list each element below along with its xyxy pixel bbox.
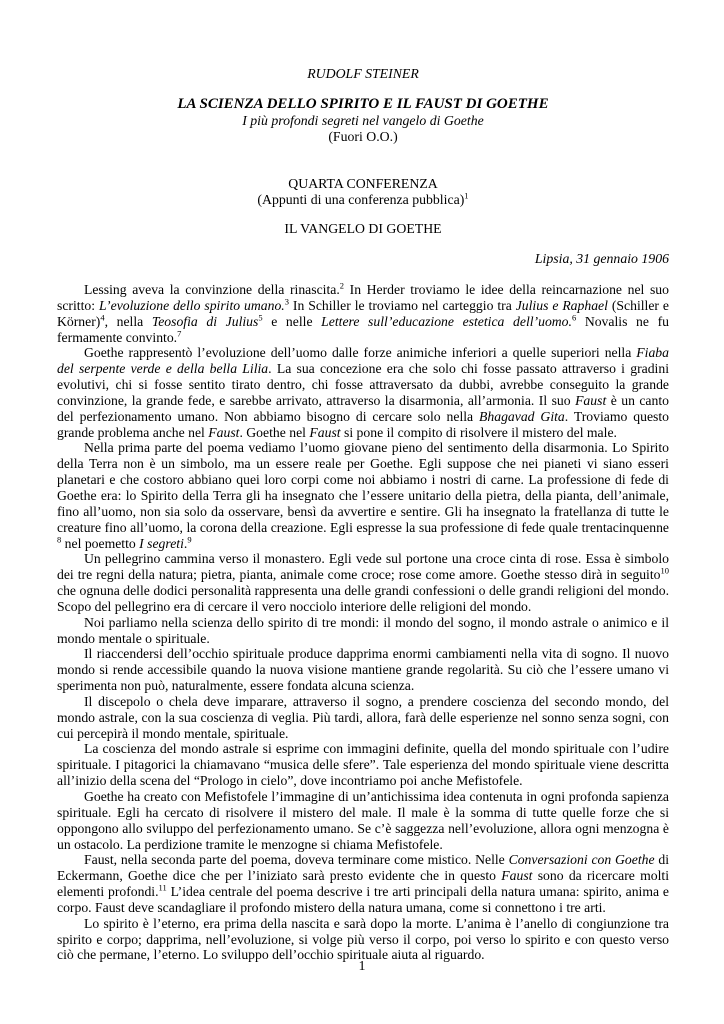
footnote-ref: 1 — [464, 190, 468, 200]
document-page: RUDOLF STEINER LA SCIENZA DELLO SPIRITO … — [0, 0, 724, 1024]
text-span: Il discepolo o chela deve imparare, attr… — [57, 694, 669, 741]
paragraph: Lo spirito è l’eterno, era prima della n… — [57, 916, 669, 964]
conference-note: (Appunti di una conferenza pubblica)1 — [57, 192, 669, 208]
paragraph: La coscienza del mondo astrale si esprim… — [57, 741, 669, 789]
dateline: Lipsia, 31 gennaio 1906 — [57, 251, 669, 267]
lecture-title: IL VANGELO DI GOETHE — [57, 221, 669, 237]
footnote-ref: 7 — [177, 328, 181, 338]
edition-note: (Fuori O.O.) — [57, 129, 669, 145]
italic-span: Teosofia di Julius — [152, 314, 259, 329]
text-span: e nelle — [263, 314, 322, 329]
document-subtitle: I più profondi segreti nel vangelo di Go… — [57, 113, 669, 129]
paragraph: Goethe ha creato con Mefistofele l’immag… — [57, 789, 669, 852]
conference-title: QUARTA CONFERENZA — [57, 176, 669, 192]
paragraph: Noi parliamo nella scienza dello spirito… — [57, 615, 669, 647]
text-span: Faust, nella seconda parte del poema, do… — [84, 852, 509, 867]
text-span: Il riaccendersi dell’occhio spirituale p… — [57, 646, 669, 693]
text-span: , nella — [105, 314, 152, 329]
italic-span: Faust — [208, 425, 239, 440]
document-title: LA SCIENZA DELLO SPIRITO E IL FAUST DI G… — [57, 96, 669, 113]
footnote-ref: 10 — [661, 566, 669, 576]
paragraph: Un pellegrino cammina verso il monastero… — [57, 551, 669, 614]
italic-span: Julius e Raphael — [516, 298, 608, 313]
page-number: 1 — [0, 959, 724, 975]
italic-span: L’evoluzione dello spirito umano. — [99, 298, 285, 313]
text-span: Un pellegrino cammina verso il monastero… — [57, 551, 669, 582]
text-span: si pone il compito di risolvere il miste… — [341, 425, 617, 440]
text-span: La coscienza del mondo astrale si esprim… — [57, 741, 669, 788]
author-line: RUDOLF STEINER — [57, 66, 669, 82]
text-span: Lessing aveva la convinzione della rinas… — [84, 282, 340, 297]
paragraph: Lessing aveva la convinzione della rinas… — [57, 282, 669, 345]
text-span: Goethe rappresentò l’evoluzione dell’uom… — [84, 345, 636, 360]
text-span: nel poemetto — [61, 536, 139, 551]
body-text: Lessing aveva la convinzione della rinas… — [57, 282, 669, 963]
italic-span: Conversazioni con Goethe — [509, 852, 655, 867]
text-span: In Schiller le troviamo nel carteggio tr… — [289, 298, 516, 313]
paragraph: Goethe rappresentò l’evoluzione dell’uom… — [57, 345, 669, 440]
footnote-ref: 9 — [187, 534, 191, 544]
text-span: Lo spirito è l’eterno, era prima della n… — [57, 916, 669, 963]
paragraph: Il riaccendersi dell’occhio spirituale p… — [57, 646, 669, 694]
text-span: . Goethe nel — [239, 425, 309, 440]
paragraph: Il discepolo o chela deve imparare, attr… — [57, 694, 669, 742]
text-span: Nella prima parte del poema vediamo l’uo… — [57, 440, 669, 534]
italic-span: Faust — [575, 393, 606, 408]
page-content: RUDOLF STEINER LA SCIENZA DELLO SPIRITO … — [57, 0, 669, 963]
text-span: Noi parliamo nella scienza dello spirito… — [57, 615, 669, 646]
italic-span: Lettere sull’educazione estetica dell’uo… — [321, 314, 572, 329]
italic-span: Faust — [309, 425, 340, 440]
paragraph: Nella prima parte del poema vediamo l’uo… — [57, 440, 669, 551]
conference-note-text: (Appunti di una conferenza pubblica) — [257, 192, 464, 207]
footnote-ref: 11 — [159, 883, 167, 893]
text-span: che ognuna delle dodici personalità rapp… — [57, 583, 669, 614]
text-span: Goethe ha creato con Mefistofele l’immag… — [57, 789, 669, 852]
italic-span: Bhagavad Gita — [479, 409, 565, 424]
paragraph: Faust, nella seconda parte del poema, do… — [57, 852, 669, 915]
italic-span: Faust — [501, 868, 532, 883]
italic-span: I segreti — [139, 536, 184, 551]
